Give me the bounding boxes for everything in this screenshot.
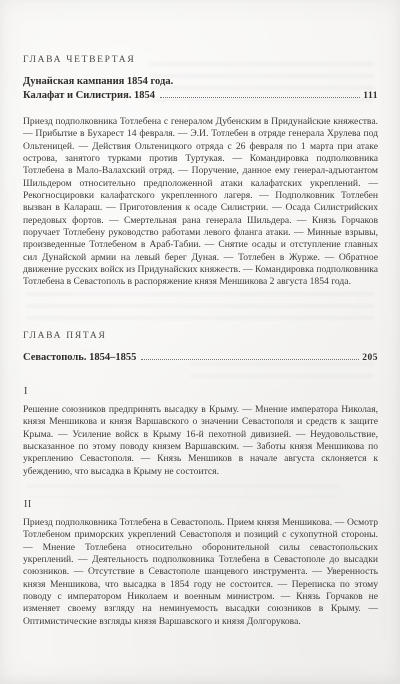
chapter-kicker: ГЛАВА ЧЕТВЕРТАЯ xyxy=(23,55,378,66)
dot-leader xyxy=(160,97,360,98)
toc-entry-row: Калафат и Силистрия. 1854 111 xyxy=(23,89,378,103)
chapter-summary: Приезд подполковника Тотлебена с генерал… xyxy=(23,116,378,289)
section-summary: Приезд подполковника Тотлебена в Севасто… xyxy=(23,517,378,628)
section-numeral: II xyxy=(24,499,378,511)
toc-chapter-4: ГЛАВА ЧЕТВЕРТАЯ Дунайская кампания 1854 … xyxy=(23,55,378,289)
chapter-section-2: II Приезд подполковника Тотлебена в Сева… xyxy=(23,499,378,628)
chapter-kicker: ГЛАВА ПЯТАЯ xyxy=(23,331,378,342)
toc-entry-row: Севастополь. 1854–1855 205 xyxy=(23,351,378,365)
dot-leader xyxy=(141,359,359,360)
toc-page-number: 111 xyxy=(363,91,378,101)
chapter-title-block: Дунайская кампания 1854 года. Калафат и … xyxy=(23,75,378,103)
toc-chapter-5: ГЛАВА ПЯТАЯ Севастополь. 1854–1855 205 I… xyxy=(23,331,378,628)
chapter-title-line-1: Севастополь. 1854–1855 xyxy=(23,351,136,365)
table-of-contents: ГЛАВА ЧЕТВЕРТАЯ Дунайская кампания 1854 … xyxy=(23,55,378,628)
chapter-title-line-1: Дунайская кампания 1854 года. xyxy=(23,75,378,89)
book-page: { "toc": { "chapters": [ { "kicker": "ГЛ… xyxy=(0,0,400,684)
chapter-section-1: I Решение союзников предпринять высадку … xyxy=(23,386,378,478)
chapter-title-block: Севастополь. 1854–1855 205 xyxy=(23,351,378,365)
toc-page-number: 205 xyxy=(362,353,378,363)
section-numeral: I xyxy=(24,386,378,398)
section-summary: Решение союзников предпринять высадку в … xyxy=(23,404,378,478)
chapter-title-line-2: Калафат и Силистрия. 1854 xyxy=(23,89,155,103)
